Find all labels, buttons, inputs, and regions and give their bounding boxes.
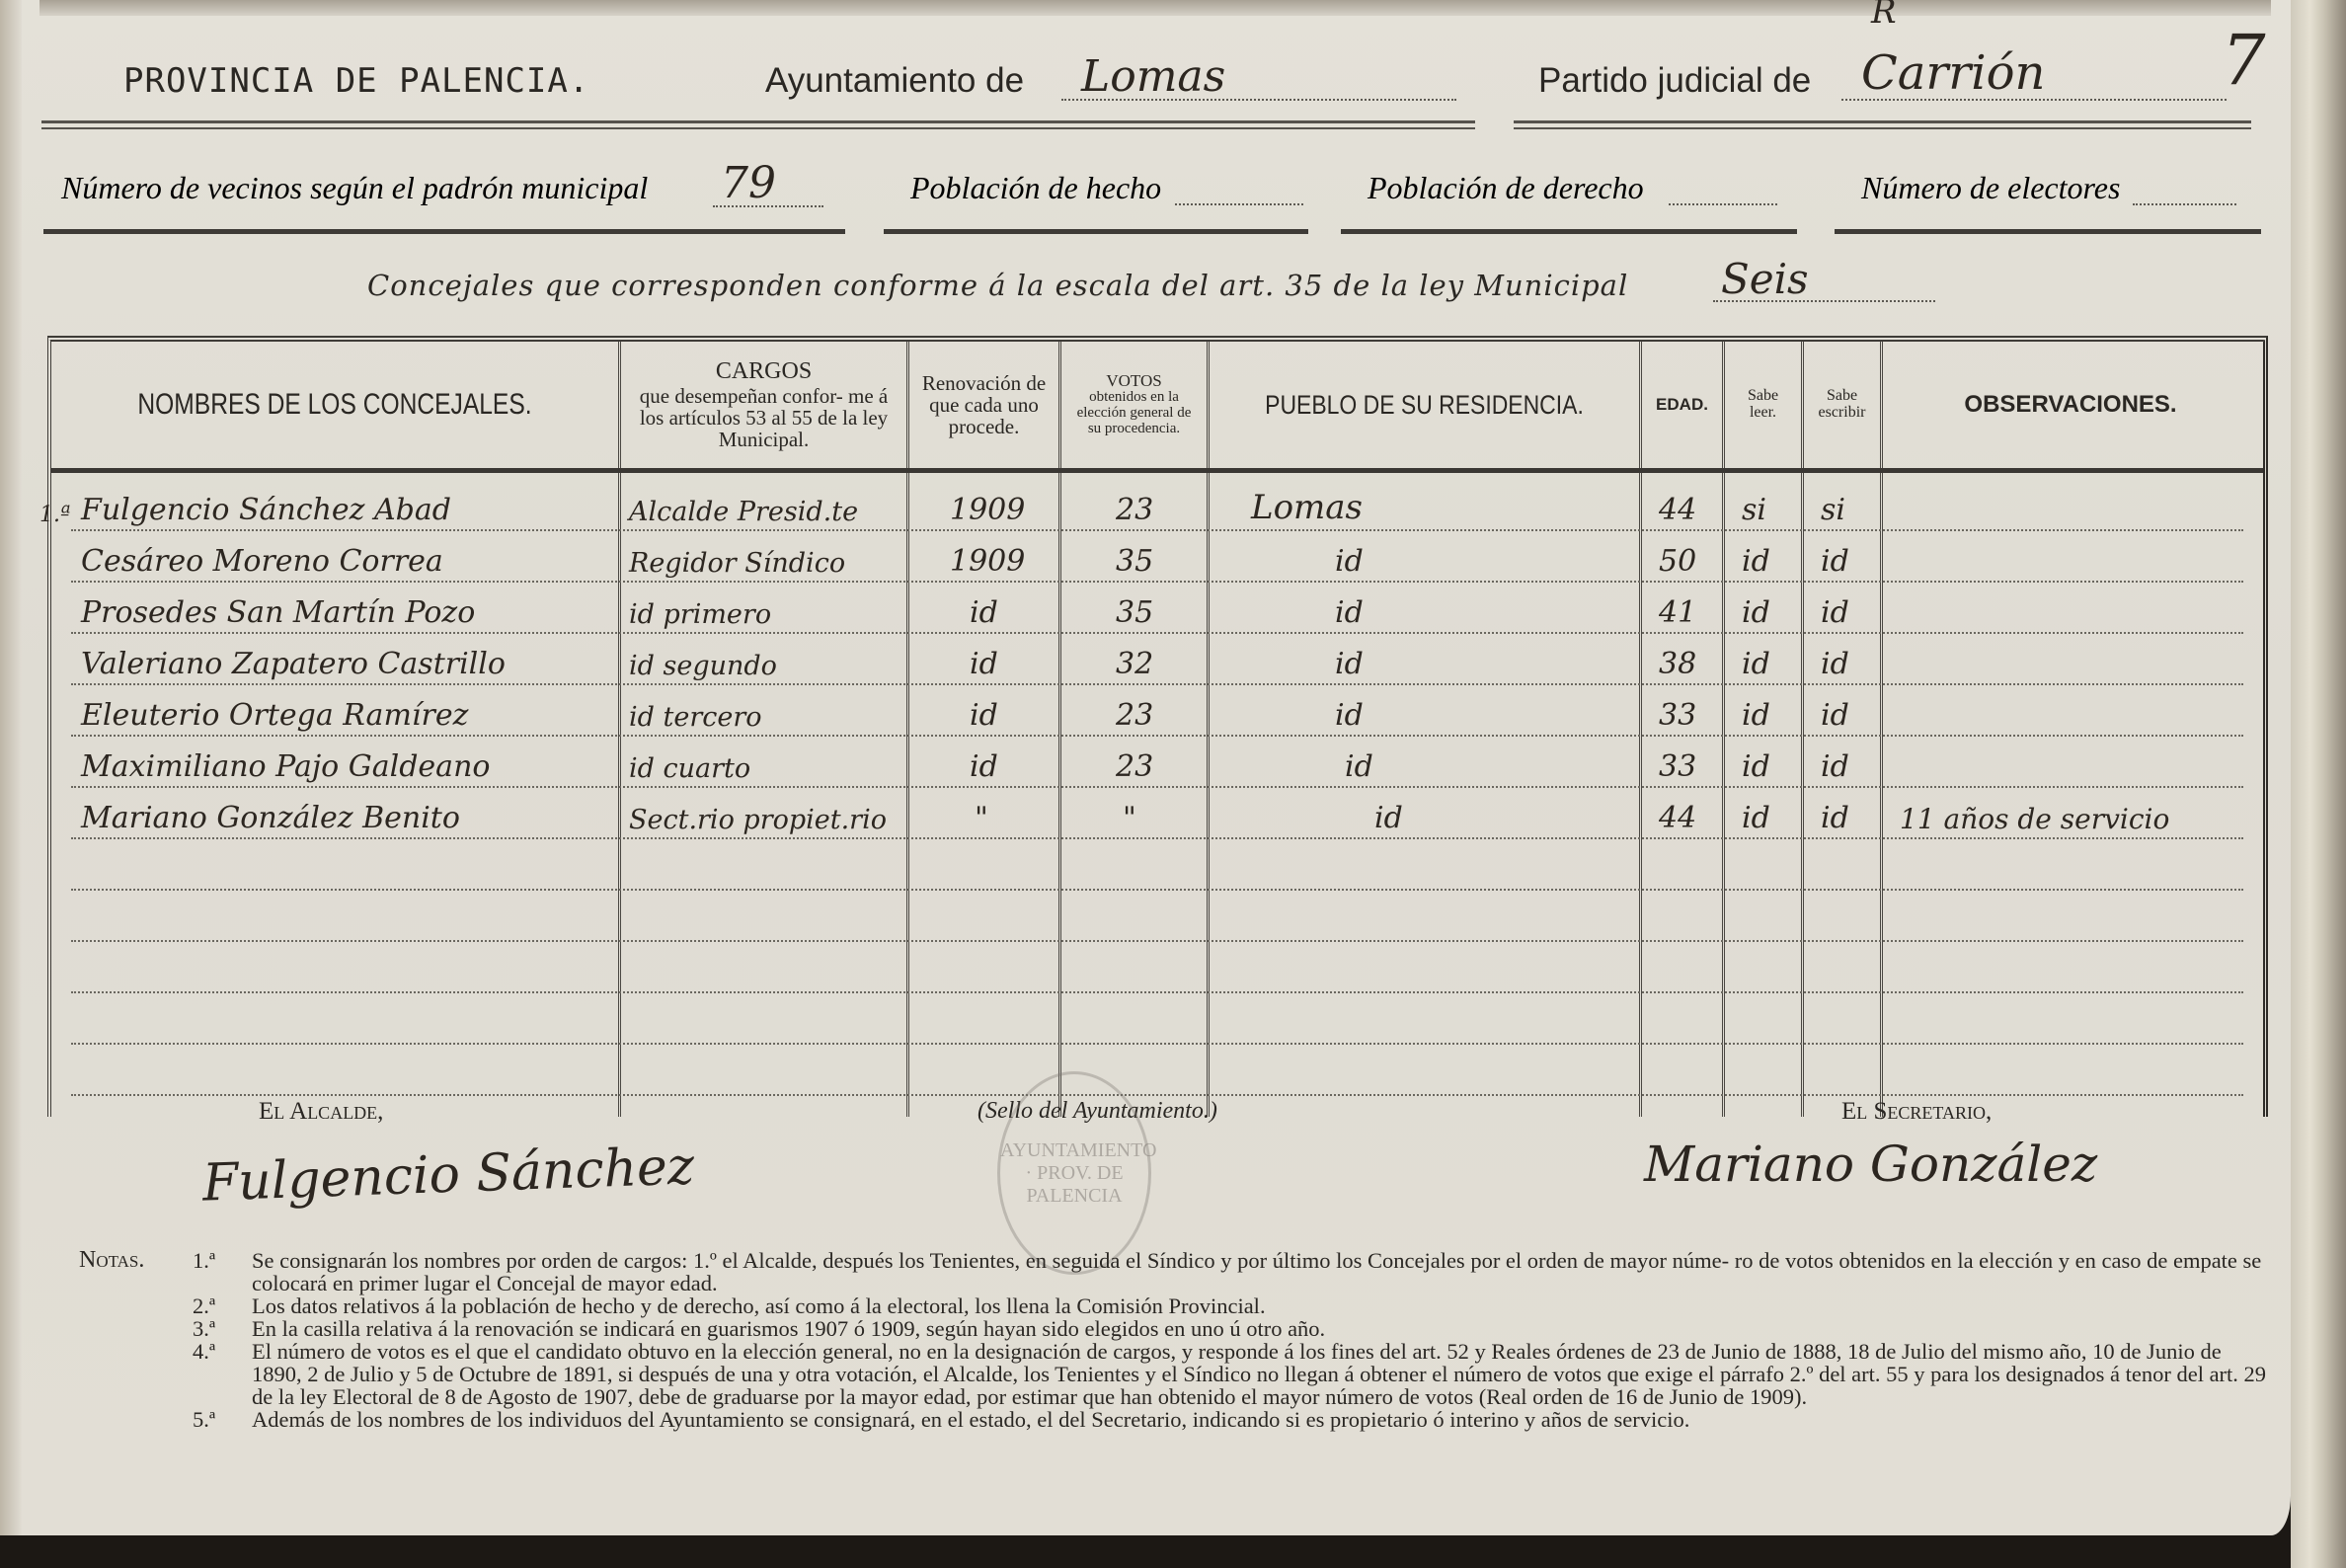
secretario-signature: Mariano González [1644, 1136, 2097, 1193]
concejales-label: Concejales que corresponden conforme á l… [367, 269, 1628, 302]
cell-edad: 44 [1659, 801, 1696, 835]
cell-edad: 33 [1659, 698, 1696, 733]
header-nombres: NOMBRES DE LOS CONCEJALES. [103, 342, 568, 468]
cell-votos: 35 [1116, 595, 1153, 630]
header-cargos: CARGOS que desempeñan confor- me á los a… [621, 342, 906, 468]
cell-votos: 23 [1116, 749, 1153, 784]
header-votos: VOTOS obtenidos en la elección general d… [1061, 342, 1207, 468]
cell-cargo: id tercero [629, 702, 762, 733]
ayuntamiento-stamp: AYUNTAMIENTO · PROV. DE PALENCIA [997, 1071, 1151, 1275]
cell-cargo: id cuarto [629, 753, 750, 784]
electores-rule [1835, 229, 2261, 234]
partido-field: Carrión [1841, 69, 2227, 101]
table-row: Prosedes San Martín Pozo id primero id 3… [51, 583, 2263, 634]
vecinos-label: Número de vecinos según el padrón munici… [61, 170, 648, 206]
table-row: Valeriano Zapatero Castrillo id segundo … [51, 634, 2263, 685]
cell-pueblo: id [1335, 647, 1364, 681]
cell-pueblo: id [1374, 801, 1403, 835]
partido-rule [1514, 120, 2251, 129]
cell-edad: 38 [1659, 647, 1696, 681]
concejales-table: NOMBRES DE LOS CONCEJALES. CARGOS que de… [47, 336, 2268, 1117]
header-votos-title: VOTOS [1106, 372, 1161, 390]
cell-renovacion: id [970, 698, 998, 733]
cell-pueblo: id [1335, 595, 1364, 630]
note-item: 3.ªEn la casilla relativa á la renovació… [79, 1317, 2271, 1340]
cell-cargo: id segundo [629, 651, 777, 681]
header-escribir: Sabe escribir [1804, 342, 1880, 468]
document-page: PROVINCIA DE PALENCIA. Ayuntamiento de L… [0, 0, 2291, 1535]
cell-pueblo: id [1335, 698, 1364, 733]
cell-renovacion: 1909 [950, 544, 1025, 579]
cell-leer: id [1742, 749, 1770, 784]
electores-label: Número de electores [1861, 170, 2120, 206]
header-edad: EDAD. [1642, 342, 1722, 468]
cell-escribir: id [1821, 801, 1849, 835]
row-mark: 1.ª [39, 503, 70, 527]
notes-section: Notas. 1.ªSe consignarán los nombres por… [79, 1249, 2271, 1431]
hecho-label: Población de hecho [910, 170, 1161, 206]
cell-edad: 50 [1659, 544, 1696, 579]
cell-renovacion: " [975, 801, 988, 835]
header-pueblo: PUEBLO DE SU RESIDENCIA. [1242, 342, 1607, 468]
vecinos-field: 79 [713, 178, 823, 207]
cell-nombre: Fulgencio Sánchez Abad [81, 493, 451, 527]
book-page-edges [2291, 0, 2346, 1568]
derecho-rule [1341, 229, 1797, 234]
header-observaciones: OBSERVACIONES. [1883, 342, 2258, 468]
alcalde-signature: Fulgencio Sánchez [201, 1137, 695, 1213]
vecinos-value: 79 [721, 158, 776, 208]
cell-nombre: Eleuterio Ortega Ramírez [81, 698, 468, 733]
note-item: 5.ªAdemás de los nombres de los individu… [79, 1408, 2271, 1431]
cell-edad: 41 [1659, 595, 1696, 630]
cell-renovacion: id [970, 647, 998, 681]
cell-obs: 11 años de servicio [1900, 803, 2169, 835]
page-top-shadow [39, 0, 2271, 16]
cell-edad: 44 [1659, 493, 1696, 527]
cell-escribir: id [1821, 595, 1849, 630]
table-row: Mariano González Benito Sect.rio propiet… [51, 788, 2263, 839]
header-cargos-sub: que desempeñan confor- me á los artículo… [631, 385, 898, 450]
cell-cargo: Alcalde Presid.te [629, 497, 858, 527]
electores-field [2133, 182, 2236, 205]
header-leer: Sabe leer. [1725, 342, 1801, 468]
hecho-rule [884, 229, 1308, 234]
empty-row [51, 1045, 2263, 1096]
cell-renovacion: id [970, 595, 998, 630]
cell-votos: 23 [1116, 698, 1153, 733]
vecinos-rule [43, 229, 845, 234]
empty-row [51, 942, 2263, 993]
cell-nombre: Cesáreo Moreno Correa [81, 544, 443, 579]
table-row: Cesáreo Moreno Correa Regidor Síndico 19… [51, 531, 2263, 583]
cell-renovacion: 1909 [950, 493, 1025, 527]
header-cargos-title: CARGOS [716, 359, 812, 384]
cell-pueblo: id [1345, 749, 1373, 784]
cell-leer: id [1742, 647, 1770, 681]
cell-cargo: Regidor Síndico [629, 548, 845, 579]
corner-page-mark: 7 [2222, 20, 2266, 101]
ayuntamiento-rule [748, 120, 1475, 129]
header-renovacion: Renovación de que cada uno procede. [909, 342, 1058, 468]
partido-value: Carrión [1861, 45, 2045, 101]
cell-escribir: si [1821, 493, 1845, 527]
page-spine [0, 0, 22, 1535]
cell-votos: 32 [1116, 647, 1153, 681]
cell-pueblo: id [1335, 544, 1364, 579]
cell-nombre: Prosedes San Martín Pozo [81, 595, 475, 630]
cell-cargo: id primero [629, 599, 771, 630]
ayuntamiento-label: Ayuntamiento de [765, 61, 1024, 101]
header-rule [51, 468, 2263, 473]
note-item: 1.ªSe consignarán los nombres por orden … [79, 1249, 2271, 1294]
cell-leer: id [1742, 698, 1770, 733]
cell-edad: 33 [1659, 749, 1696, 784]
derecho-field [1669, 182, 1777, 205]
cell-leer: id [1742, 595, 1770, 630]
concejales-value: Seis [1721, 255, 1809, 303]
province-rule [41, 120, 847, 129]
empty-row [51, 839, 2263, 891]
table-row: 1.ª Fulgencio Sánchez Abad Alcalde Presi… [51, 480, 2263, 531]
cell-leer: si [1742, 493, 1766, 527]
derecho-label: Población de derecho [1368, 170, 1644, 206]
cell-escribir: id [1821, 749, 1849, 784]
cell-renovacion: id [970, 749, 998, 784]
cell-nombre: Maximiliano Pajo Galdeano [81, 749, 490, 784]
cell-votos: 23 [1116, 493, 1153, 527]
cell-leer: id [1742, 801, 1770, 835]
empty-row [51, 891, 2263, 942]
cell-escribir: id [1821, 698, 1849, 733]
cell-votos: " [1123, 801, 1136, 835]
table-row: Eleuterio Ortega Ramírez id tercero id 2… [51, 685, 2263, 737]
table-row: Maximiliano Pajo Galdeano id cuarto id 2… [51, 737, 2263, 788]
cell-pueblo: Lomas [1251, 488, 1363, 527]
province-title: PROVINCIA DE PALENCIA. [123, 61, 589, 101]
ayuntamiento-value: Lomas [1081, 51, 1225, 102]
cell-cargo: Sect.rio propiet.rio [629, 805, 887, 835]
cell-nombre: Mariano González Benito [81, 801, 460, 835]
corner-top-mark: R [1871, 0, 1897, 32]
partido-label: Partido judicial de [1538, 61, 1811, 101]
secretario-label: El Secretario, [1841, 1098, 1992, 1126]
alcalde-label: El Alcalde, [259, 1098, 383, 1126]
note-item: 4.ªEl número de votos es el que el candi… [79, 1340, 2271, 1408]
concejales-field: Seis [1713, 278, 1935, 302]
cell-nombre: Valeriano Zapatero Castrillo [81, 647, 506, 681]
header-votos-sub: obtenidos en la elección general de su p… [1070, 390, 1199, 436]
cell-escribir: id [1821, 544, 1849, 579]
hecho-field [1175, 182, 1303, 205]
ayuntamiento-field: Lomas [1061, 69, 1456, 101]
empty-row [51, 993, 2263, 1045]
cell-leer: id [1742, 544, 1770, 579]
note-item: 2.ªLos datos relativos á la población de… [79, 1294, 2271, 1317]
cell-votos: 35 [1116, 544, 1153, 579]
cell-escribir: id [1821, 647, 1849, 681]
